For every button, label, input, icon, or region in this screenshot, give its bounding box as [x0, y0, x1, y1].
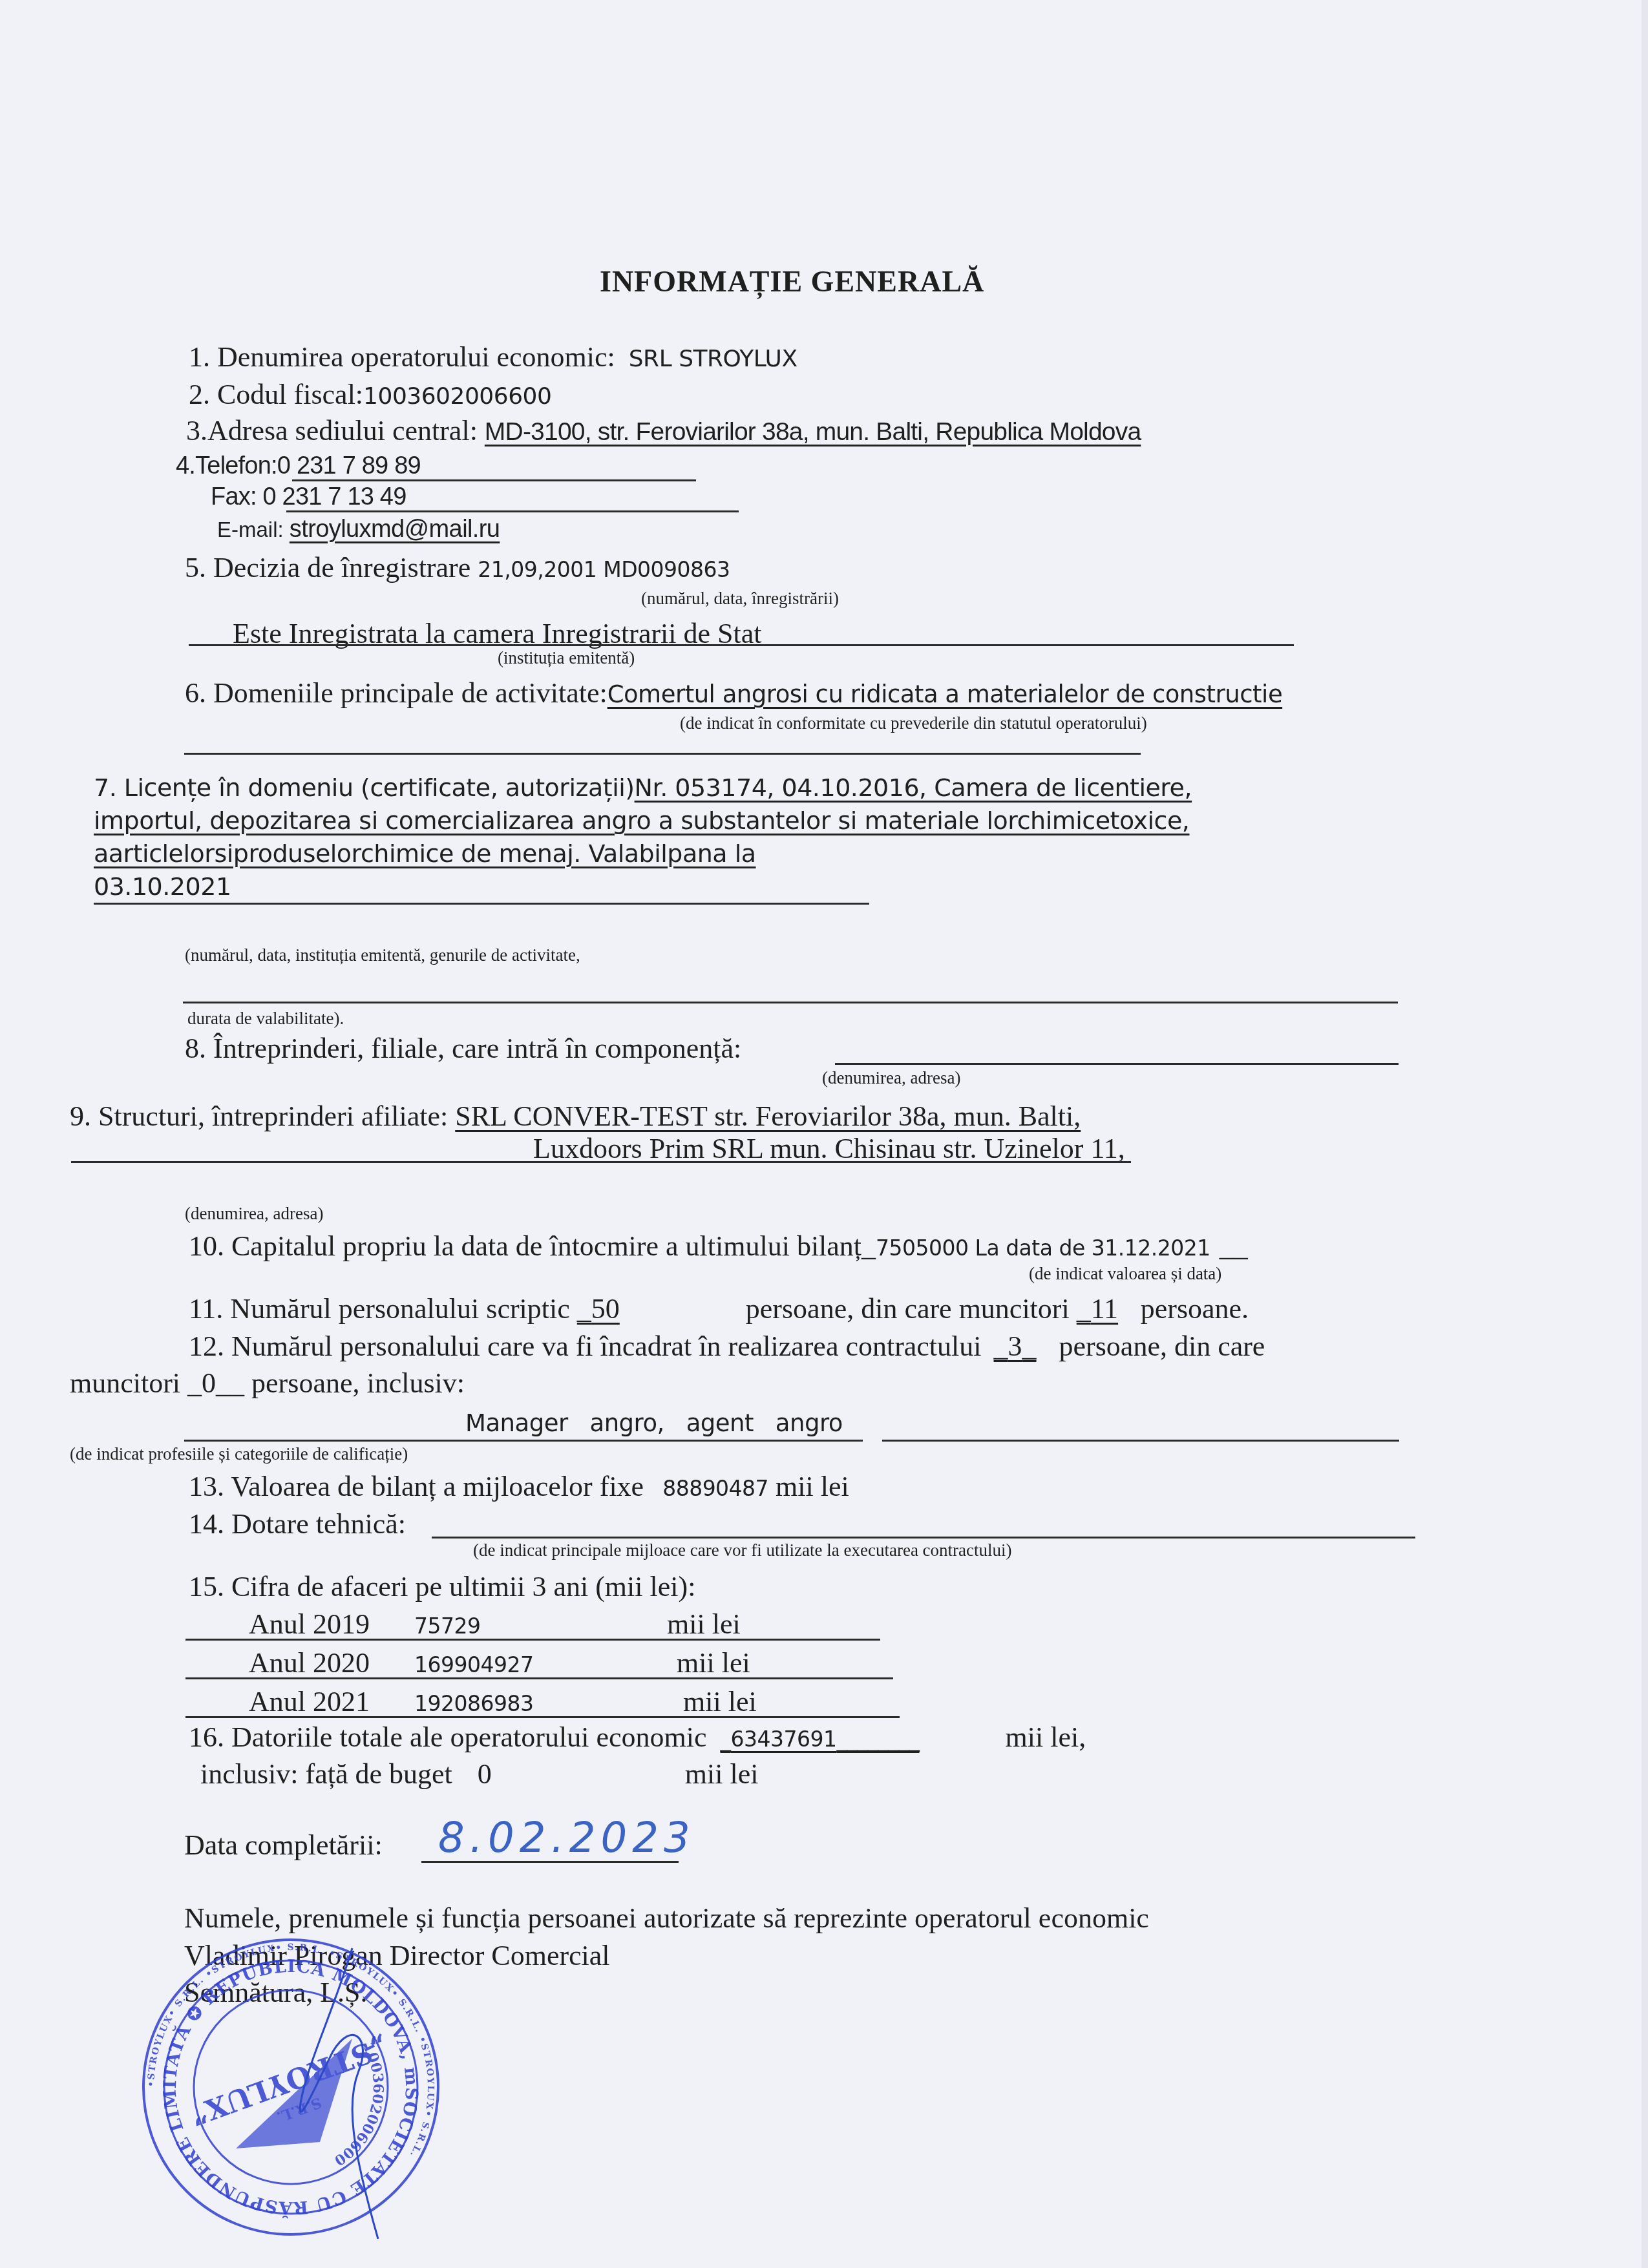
item-5-label: 5. Decizia de înregistrare — [185, 552, 470, 583]
item-13-unit: mii lei — [776, 1471, 849, 1502]
item-1-label: 1. Denumirea operatorului economic: — [189, 341, 615, 373]
item-9: 9. Structuri, întreprinderi afiliate: SR… — [70, 1100, 1081, 1133]
operator-name-value[interactable]: SRL STROYLUX — [629, 346, 798, 372]
equity-value[interactable]: 7505000 La data de 31.12.2021 — [876, 1235, 1210, 1261]
email-row: E-mail: stroyluxmd@mail.ru — [217, 515, 500, 544]
item-12-workers-suffix: persoane, inclusiv: — [251, 1367, 465, 1399]
turnover-year: Anul 2019 — [249, 1608, 385, 1641]
document-page: INFORMAȚIE GENERALĂ 1. Denumirea operato… — [0, 0, 1648, 2268]
turnover-underline-2019 — [185, 1639, 880, 1641]
item-1: 1. Denumirea operatorului economic: SRL … — [189, 341, 798, 376]
item-12-line-2: muncitori _0__ persoane, inclusiv: — [70, 1367, 465, 1400]
completion-date-underline — [421, 1861, 679, 1863]
phone-row: 4.Telefon:0 231 7 89 89 — [176, 450, 421, 481]
professions-underline-left — [184, 1440, 443, 1442]
turnover-unit: mii lei — [677, 1647, 750, 1679]
page-edge — [1642, 0, 1648, 2268]
item-2: 2. Codul fiscal:1003602006600 — [189, 378, 551, 414]
turnover-year: Anul 2021 — [249, 1685, 385, 1719]
item-11: 11. Numărul personalului scriptic _50 pe… — [189, 1292, 1249, 1326]
item-5-institution-hint: (instituția emitentă) — [498, 647, 635, 668]
fax-value[interactable]: 0 231 7 13 49 — [262, 483, 406, 510]
item-7-hint-1: (numărul, data, instituția emitentă, gen… — [185, 945, 580, 965]
item-11-mid: persoane, din care muncitori — [746, 1293, 1070, 1325]
item-7: 7. Licențe în domeniu (certificate, auto… — [94, 772, 1192, 803]
registration-decision-value[interactable]: 21,09,2001 MD0090863 — [478, 557, 730, 582]
item-15-label: 15. Cifra de afaceri pe ultimii 3 ani (m… — [189, 1570, 695, 1604]
license-line-3[interactable]: aarticlelorsiproduselorchimice de menaj.… — [94, 838, 756, 869]
turnover-unit: mii lei — [683, 1686, 757, 1717]
item-12-label: 12. Numărul personalului care va fi înca… — [189, 1330, 982, 1362]
fax-label: Fax: — [211, 483, 257, 510]
affiliate-underline — [71, 1161, 1131, 1163]
license-line-2[interactable]: importul, depozitarea si comercializarea… — [94, 805, 1189, 836]
item-14-label: 14. Dotare tehnică: — [189, 1507, 406, 1541]
item-16: 16. Datoriile totale ale operatorului ec… — [189, 1721, 1086, 1756]
fax-row: Fax: 0 231 7 13 49 — [211, 481, 407, 512]
item-7-blank-line — [183, 1002, 1398, 1003]
professions-value[interactable]: Manager angro, agent angro — [465, 1409, 843, 1438]
email-value[interactable]: stroyluxmd@mail.ru — [290, 516, 500, 543]
item-16-unit: mii lei, — [1005, 1721, 1086, 1753]
company-stamp-icon: •STROYLUX• S.R.L. •STROYLUX• S.R.L. •STR… — [139, 1935, 443, 2239]
item-10: 10. Capitalul propriu la data de întocmi… — [189, 1230, 1248, 1265]
fiscal-code-value[interactable]: 1003602006600 — [363, 383, 551, 410]
phone-label: 4.Telefon: — [176, 452, 277, 479]
item-8-label: 8. Întreprinderi, filiale, care intră în… — [185, 1032, 741, 1066]
budget-label: inclusiv: față de buget — [200, 1758, 452, 1790]
item-13-label: 13. Valoarea de bilanț a mijloacelor fix… — [189, 1471, 644, 1502]
total-debts-value[interactable]: _63437691________ — [720, 1723, 998, 1756]
license-line-1[interactable]: Nr. 053174, 04.10.2016, Camera de licent… — [635, 773, 1192, 802]
item-6-blank-line — [184, 753, 1141, 755]
item-12: 12. Numărul personalului care va fi înca… — [189, 1330, 1265, 1363]
item-11-label: 11. Numărul personalului scriptic — [189, 1293, 570, 1325]
item-6-label: 6. Domeniile principale de activitate: — [185, 677, 607, 709]
license-line-4[interactable]: 03.10.2021 — [94, 871, 231, 902]
contract-staff-value[interactable]: _3_ — [994, 1330, 1052, 1363]
budget-debts-value[interactable]: 0 — [478, 1758, 678, 1791]
completion-label: Data completării: — [184, 1829, 383, 1862]
staff-workers-value[interactable]: _11 — [1077, 1292, 1122, 1326]
item-9-label: 9. Structuri, întreprinderi afiliate: — [70, 1100, 448, 1132]
turnover-unit: mii lei — [667, 1608, 741, 1640]
turnover-row-2020: Anul 2020 169904927 mii lei — [249, 1646, 750, 1682]
institution-underline — [189, 644, 1294, 646]
item-7-label: 7. Licențe în domeniu (certificate, auto… — [94, 773, 635, 802]
item-16-budget: inclusiv: față de buget 0 mii lei — [200, 1758, 758, 1791]
item-11-unit: persoane. — [1141, 1293, 1249, 1325]
license-underline — [94, 903, 869, 905]
item-5: 5. Decizia de înregistrare 21,09,2001 MD… — [185, 551, 730, 587]
item-8-hint: (denumirea, adresa) — [822, 1067, 960, 1088]
item-6: 6. Domeniile principale de activitate:Co… — [185, 677, 1282, 711]
item-7-hint-2: durata de valabilitate). — [187, 1008, 344, 1029]
turnover-underline-2020 — [185, 1677, 893, 1679]
item-14-hint: (de indicat principale mijloace care vor… — [473, 1540, 1012, 1560]
item-3: 3.Adresa sediului central: MD-3100, str.… — [186, 414, 1141, 449]
turnover-year: Anul 2020 — [249, 1646, 385, 1680]
item-12-hint: (de indicat profesiile și categoriile de… — [70, 1444, 408, 1464]
subsidiaries-field[interactable] — [835, 1063, 1399, 1065]
item-2-label: 2. Codul fiscal: — [189, 379, 363, 410]
affiliate-line-1[interactable]: SRL CONVER-TEST str. Feroviarilor 38a, m… — [455, 1100, 1081, 1132]
contract-workers-value[interactable]: _0__ — [187, 1367, 244, 1399]
item-13: 13. Valoarea de bilanț a mijloacelor fix… — [189, 1470, 849, 1506]
fixed-assets-value[interactable]: 88890487 — [662, 1476, 768, 1501]
fax-underline — [286, 510, 739, 512]
item-10-hint: (de indicat valoarea și data) — [1029, 1263, 1221, 1284]
item-6-hint: (de indicat în conformitate cu prevederi… — [680, 713, 1147, 733]
item-16-label: 16. Datoriile totale ale operatorului ec… — [189, 1721, 706, 1753]
item-12-workers-prefix: muncitori — [70, 1367, 180, 1399]
address-value[interactable]: MD-3100, str. Feroviarilor 38a, mun. Bal… — [485, 418, 1141, 446]
item-10-label: 10. Capitalul propriu la data de întocmi… — [189, 1230, 861, 1262]
item-9-hint: (denumirea, adresa) — [185, 1203, 323, 1224]
email-label: E-mail: — [217, 518, 284, 541]
main-activity-value[interactable]: Comertul angrosi cu ridicata a materiale… — [607, 680, 1283, 708]
turnover-underline-2021 — [185, 1716, 900, 1718]
professions-underline-right — [882, 1440, 1399, 1442]
turnover-row-2021: Anul 2021 192086983 mii lei — [249, 1685, 757, 1721]
completion-date-value[interactable]: 8.02.2023 — [438, 1814, 695, 1862]
item-3-label: 3.Adresa sediului central: — [186, 415, 478, 446]
professions-underline — [443, 1440, 863, 1442]
document-title: INFORMAȚIE GENERALĂ — [600, 265, 984, 299]
phone-value[interactable]: 0 231 7 89 89 — [277, 452, 421, 479]
technical-equipment-field[interactable] — [432, 1537, 1415, 1538]
budget-unit: mii lei — [685, 1758, 759, 1790]
item-12-mid: persoane, din care — [1059, 1330, 1265, 1362]
item-5-hint: (numărul, data, înregistrării) — [641, 588, 839, 609]
turnover-row-2019: Anul 2019 75729 mii lei — [249, 1608, 741, 1643]
signatory-label: Numele, prenumele și funcția persoanei a… — [184, 1902, 1149, 1935]
staff-total-value[interactable]: _50 — [577, 1292, 739, 1326]
